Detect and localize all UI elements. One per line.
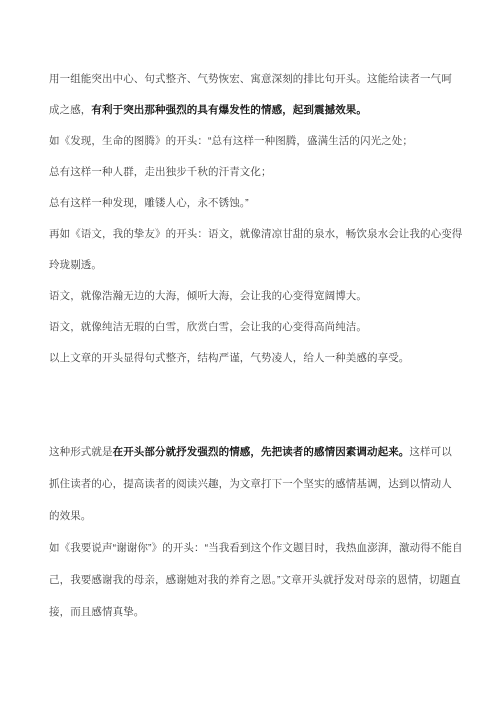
text-line: 己，我要感谢我的母亲，感谢她对我的养育之恩。”文章开头就抒发对母亲的恩情，切题直: [49, 564, 453, 596]
text-segment: 再如《语文，我的挚友》的开头：语文，就像清凉甘甜的泉水，畅饮泉水会让我的心变得: [49, 228, 462, 240]
text-line: 成之感，有利于突出那种强烈的具有爆发性的情感，起到震撼效果。: [49, 95, 453, 126]
bold-text-segment: 有利于突出那种强烈的具有爆发性的情感，起到震撼效果。: [91, 104, 367, 116]
text-segment: 这样可以: [409, 446, 451, 458]
text-segment: 语文，就像浩瀚无边的大海，倾听大海，会让我的心变得宽阔博大。: [49, 290, 367, 302]
text-line: 再如《语文，我的挚友》的开头：语文，就像清凉甘甜的泉水，畅饮泉水会让我的心变得: [49, 219, 453, 250]
text-line: 总有这样一种发现，雕镂人心，永不锈蚀。”: [49, 188, 453, 219]
paragraph-block-1: 用一组能突出中心、句式整齐、气势恢宏、寓意深刻的排比句开头。这能给读者一气呵成之…: [49, 64, 453, 374]
text-line: 抓住读者的心，提高读者的阅读兴趣，为文章打下一个坚实的感情基调，达到以情动人: [49, 468, 453, 500]
text-line: 这种形式就是在开头部分就抒发强烈的情感，先把读者的感情因素调动起来。这样可以: [49, 436, 453, 468]
text-segment: 以上文章的开头显得句式整齐，结构严谨，气势凌人，给人一种美感的享受。: [49, 352, 409, 364]
text-line: 用一组能突出中心、句式整齐、气势恢宏、寓意深刻的排比句开头。这能给读者一气呵: [49, 64, 453, 95]
text-segment: 的效果。: [49, 510, 91, 522]
document-page: 用一组能突出中心、句式整齐、气势恢宏、寓意深刻的排比句开头。这能给读者一气呵成之…: [0, 0, 500, 707]
text-line: 如《我要说声“谢谢你”》的开头：“当我看到这个作文题目时，我热血澎湃，激动得不能…: [49, 532, 453, 564]
text-segment: 这种形式就是: [49, 446, 113, 458]
text-segment: 成之感，: [49, 104, 91, 116]
text-segment: 己，我要感谢我的母亲，感谢她对我的养育之恩。”文章开头就抒发对母亲的恩情，切题直: [49, 574, 461, 586]
text-segment: 如《我要说声“谢谢你”》的开头：“当我看到这个作文题目时，我热血澎湃，激动得不能…: [49, 542, 463, 554]
text-segment: 语文，就像纯洁无瑕的白雪，欣赏白雪，会让我的心变得高尚纯洁。: [49, 321, 367, 333]
bold-text-segment: 在开头部分就抒发强烈的情感，先把读者的感情因素调动起来。: [113, 446, 410, 458]
text-line: 的效果。: [49, 500, 453, 532]
text-line: 语文，就像浩瀚无边的大海，倾听大海，会让我的心变得宽阔博大。: [49, 281, 453, 312]
text-segment: 如《发现，生命的图腾》的开头：“总有这样一种图腾，盛满生活的闪光之处；: [49, 135, 413, 147]
text-line: 玲珑剔透。: [49, 250, 453, 281]
text-segment: 总有这样一种发现，雕镂人心，永不锈蚀。”: [49, 197, 249, 209]
paragraph-block-2: 这种形式就是在开头部分就抒发强烈的情感，先把读者的感情因素调动起来。这样可以抓住…: [49, 436, 453, 628]
text-segment: 总有这样一种人群，走出独步千秋的汗青文化；: [49, 166, 272, 178]
text-segment: 接，而且感情真挚。: [49, 606, 144, 618]
text-line: 以上文章的开头显得句式整齐，结构严谨，气势凌人，给人一种美感的享受。: [49, 343, 453, 374]
text-line: 总有这样一种人群，走出独步千秋的汗青文化；: [49, 157, 453, 188]
document-body: 用一组能突出中心、句式整齐、气势恢宏、寓意深刻的排比句开头。这能给读者一气呵成之…: [49, 64, 453, 628]
text-segment: 抓住读者的心，提高读者的阅读兴趣，为文章打下一个坚实的感情基调，达到以情动人: [49, 478, 452, 490]
text-line: 如《发现，生命的图腾》的开头：“总有这样一种图腾，盛满生活的闪光之处；: [49, 126, 453, 157]
text-segment: 玲珑剔透。: [49, 259, 102, 271]
text-line: 接，而且感情真挚。: [49, 596, 453, 628]
text-line: 语文，就像纯洁无瑕的白雪，欣赏白雪，会让我的心变得高尚纯洁。: [49, 312, 453, 343]
text-segment: 用一组能突出中心、句式整齐、气势恢宏、寓意深刻的排比句开头。这能给读者一气呵: [49, 73, 452, 85]
